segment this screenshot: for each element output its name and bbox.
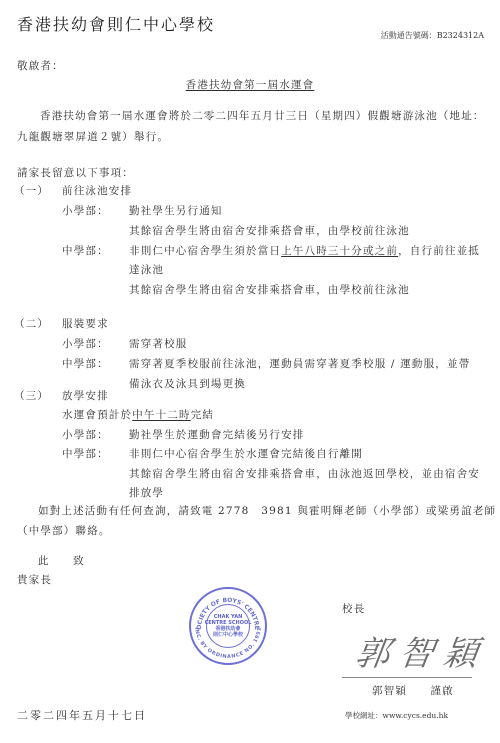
section-3-heading: 放學安排 <box>62 388 109 403</box>
text-segment: ，自行前往並抵 <box>398 245 480 257</box>
stamp-line-4: 則仁中心學校 <box>213 632 243 638</box>
text-segment: 完結 <box>191 409 214 421</box>
section-3-primary-line: 勤社學生於運動會完結後另行安排 <box>129 427 305 442</box>
school-stamp: SOCIETY OF BOYS' CENTRES INC. BY ORDINAN… <box>189 587 267 665</box>
principal-role: 校長 <box>342 601 365 616</box>
end-time: 中午十二時 <box>132 409 191 421</box>
section-3-secondary-label: 中學部： <box>62 446 109 461</box>
section-2-primary-label: 小學部： <box>62 336 109 351</box>
contact-line-2: （中學部）聯絡。 <box>17 523 111 538</box>
contact-line-1: 如對上述活動有任何查詢，請致電 2778 3981 與霍明輝老師（小學部）或梁勇… <box>38 503 496 518</box>
intro-line-1: 香港扶幼會第一屆水運會將於二零二四年五月廿三日（星期四）假觀塘游泳池（地址： <box>40 108 485 123</box>
section-3-secondary-line-2: 其餘宿舍學生將由宿舍安排乘搭會車，由泳池返回學校，並由宿舍安 <box>129 466 480 481</box>
handwritten-signature: 郭智穎 <box>353 626 492 675</box>
closing-recipient: 貴家長 <box>17 572 52 587</box>
section-2-secondary-line-1: 需穿著夏季校服前往泳池，運動員需穿著夏季校服 / 運動服，並帶 <box>129 356 470 371</box>
section-3-primary-label: 小學部： <box>62 427 109 442</box>
salutation: 敬啟者： <box>17 58 64 73</box>
school-name: 香港扶幼會則仁中心學校 <box>17 12 215 35</box>
text-segment: 非則仁中心宿舍學生須於當日 <box>129 245 281 257</box>
signature-line <box>342 677 472 678</box>
section-1-primary-line-2: 其餘宿舍學生將由宿舍安排乘搭會車，由學校前往泳池 <box>129 223 410 238</box>
section-1-heading: 前往泳池安排 <box>62 183 132 198</box>
school-website: 學校網址：www.cycs.edu.hk <box>345 710 448 721</box>
section-3-end-time: 水運會預計於中午十二時完結 <box>62 407 214 422</box>
principal-name: 郭智穎 謹啟 <box>372 683 454 698</box>
section-3-secondary-line-3: 排放學 <box>129 485 164 500</box>
section-3-number: （三） <box>14 388 49 403</box>
section-1-primary-label: 小學部： <box>62 203 109 218</box>
section-2-heading: 服裝要求 <box>62 316 109 331</box>
notes-heading: 請家長留意以下事項： <box>17 165 134 180</box>
section-2-secondary-line-2: 備泳衣及泳具到場更換 <box>129 376 246 391</box>
section-1-secondary-line-1: 非則仁中心宿舍學生須於當日上午八時三十分或之前，自行前往並抵 <box>129 243 480 258</box>
section-1-primary-line-1: 勤社學生另行通知 <box>129 203 223 218</box>
notice-title: 香港扶幼會第一屆水運會 <box>0 77 500 92</box>
section-1-secondary-line-2: 達泳池 <box>129 262 164 277</box>
section-2-secondary-label: 中學部： <box>62 356 109 371</box>
notice-number: 活動通告號碼：B2324312A <box>381 30 484 41</box>
section-2-primary-line: 需穿著校服 <box>129 336 188 351</box>
intro-line-2: 九龍觀塘翠屏道２號）舉行。 <box>17 129 169 144</box>
section-1-number: （一） <box>14 183 49 198</box>
deadline-time: 上午八時三十分或之前 <box>281 245 398 257</box>
section-1-secondary-line-3: 其餘宿舍學生將由宿舍安排乘搭會車，由學校前往泳池 <box>129 282 410 297</box>
section-2-number: （二） <box>14 316 49 331</box>
closing-cizhi: 此 致 <box>38 553 85 568</box>
text-segment: 水運會預計於 <box>62 409 132 421</box>
section-3-secondary-line-1: 非則仁中心宿舍學生於水運會完結後自行離開 <box>129 446 363 461</box>
section-1-secondary-label: 中學部： <box>62 243 109 258</box>
notice-date: 二零二四年五月十七日 <box>17 707 147 723</box>
stamp-center: CHAK YAN CENTRE SCHOOL 香港扶幼會 則仁中心學校 <box>206 604 250 648</box>
